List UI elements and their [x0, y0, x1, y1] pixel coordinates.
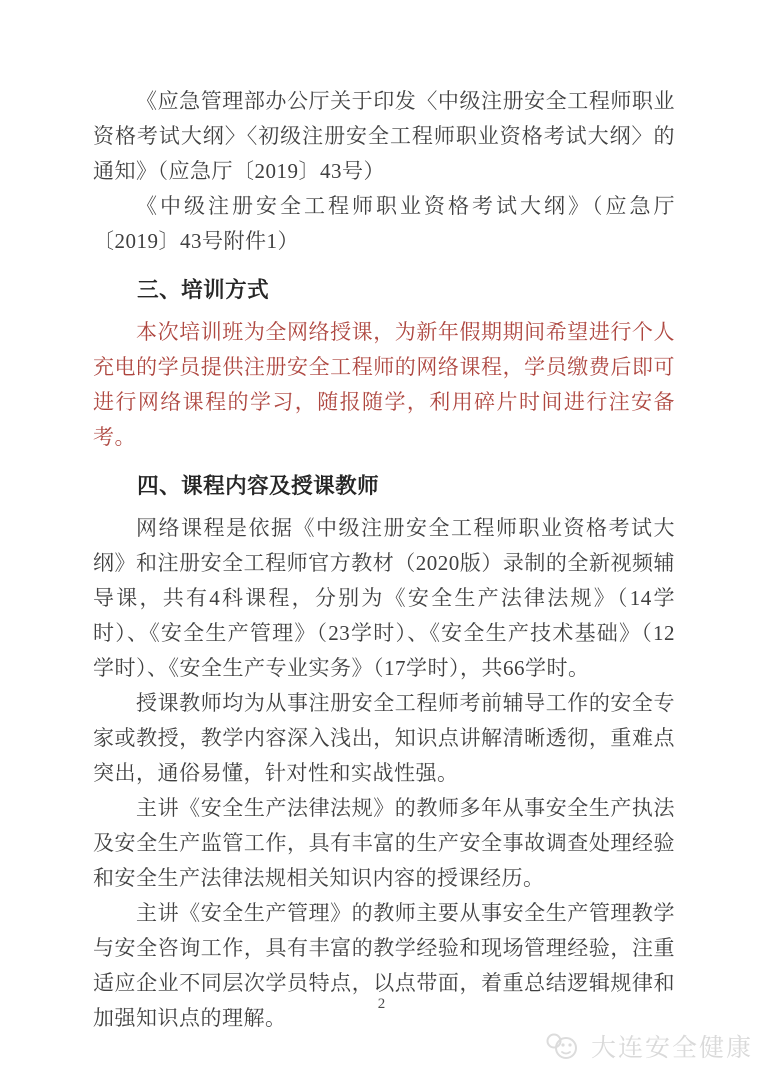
section-heading-training-method: 三、培训方式 — [93, 273, 675, 308]
reference-paragraph-1: 《应急管理部办公厅关于印发〈中级注册安全工程师职业资格考试大纲〉〈初级注册安全工… — [93, 84, 675, 189]
cartoon-face-logo-icon — [544, 1031, 584, 1061]
document-page: 《应急管理部办公厅关于印发〈中级注册安全工程师职业资格考试大纲〉〈初级注册安全工… — [0, 0, 763, 1080]
course-content-paragraph: 网络课程是依据《中级注册安全工程师职业资格考试大纲》和注册安全工程师官方教材（2… — [93, 511, 675, 686]
training-method-paragraph: 本次培训班为全网络授课，为新年假期期间希望进行个人充电的学员提供注册安全工程师的… — [93, 315, 675, 455]
watermark: 大连安全健康 — [544, 1028, 753, 1064]
document-content: 《应急管理部办公厅关于印发〈中级注册安全工程师职业资格考试大纲〉〈初级注册安全工… — [93, 84, 675, 1036]
page-number: 2 — [0, 996, 763, 1013]
reference-paragraph-2: 《中级注册安全工程师职业资格考试大纲》（应急厅〔2019〕43号附件1） — [93, 189, 675, 259]
watermark-text: 大连安全健康 — [591, 1028, 753, 1064]
teacher-management-paragraph: 主讲《安全生产管理》的教师主要从事安全生产管理教学与安全咨询工作，具有丰富的教学… — [93, 896, 675, 1036]
section-heading-course-content: 四、课程内容及授课教师 — [93, 469, 675, 504]
teacher-law-paragraph: 主讲《安全生产法律法规》的教师多年从事安全生产执法及安全生产监管工作，具有丰富的… — [93, 791, 675, 896]
teachers-overview-paragraph: 授课教师均为从事注册安全工程师考前辅导工作的安全专家或教授，教学内容深入浅出，知… — [93, 686, 675, 791]
